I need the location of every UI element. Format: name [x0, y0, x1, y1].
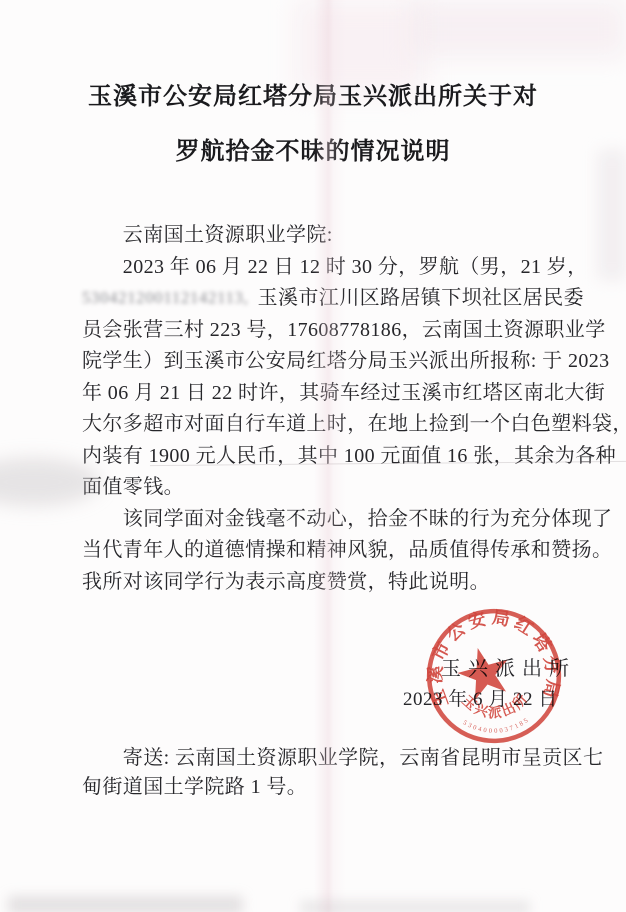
document-text-line: 云南国土资源职业学院:	[82, 220, 552, 252]
document-body: 云南国土资源职业学院: 2023 年 06 月 22 日 12 时 30 分，罗…	[82, 220, 552, 598]
document-text-line: 面值零钱。	[82, 472, 552, 504]
document-title-line2: 罗航拾金不昧的情况说明	[0, 125, 626, 180]
scan-smudge	[8, 896, 243, 912]
document-text-line: 寄送: 云南国土资源职业学院，云南省昆明市呈贡区七	[82, 744, 552, 773]
scan-smudge	[300, 901, 530, 912]
document-title: 玉溪市公安局红塔分局玉兴派出所关于对 罗航拾金不昧的情况说明	[0, 70, 626, 180]
document-text-line: 年 06 月 21 日 22 时许，其骑车经过玉溪市红塔区南北大街	[82, 378, 552, 410]
document-text-line: 该同学面对金钱毫不动心，拾金不昧的行为充分体现了	[82, 504, 552, 536]
scan-corner-tint	[411, 0, 626, 58]
body-lines-before: 云南国土资源职业学院: 2023 年 06 月 22 日 12 时 30 分，罗…	[82, 220, 552, 283]
body-lines-after: 员会张营三村 223 号，17608778186，云南国土资源职业学院学生）到玉…	[82, 315, 552, 599]
document-text-line: 院学生）到玉溪市公安局红塔分局玉兴派出所报称: 于 2023	[82, 346, 552, 378]
document-text-line: 当代青年人的道德情操和精神风貌，品质值得传承和赞扬。	[82, 535, 552, 567]
seal-serial-number: 5304000037185	[461, 716, 532, 737]
mailing-note: 寄送: 云南国土资源职业学院，云南省昆明市呈贡区七甸街道国土学院路 1 号。	[82, 744, 552, 801]
redacted-id-number: 530421200112142113,	[82, 282, 249, 314]
mailing-note-lines: 寄送: 云南国土资源职业学院，云南省昆明市呈贡区七甸街道国土学院路 1 号。	[82, 744, 552, 801]
document-text-line: 我所对该同学行为表示高度赞赏，特此说明。	[82, 567, 552, 599]
document-text-line: 2023 年 06 月 22 日 12 时 30 分，罗航（男，21 岁，	[82, 252, 552, 284]
document-title-line1: 玉溪市公安局红塔分局玉兴派出所关于对	[0, 70, 626, 125]
body-line-text: 玉溪市江川区路居镇下坝社区居民委	[258, 287, 584, 309]
document-text-line: 员会张营三村 223 号，17608778186，云南国土资源职业学	[82, 315, 552, 347]
document-text-line: 大尔多超市对面自行车道上时，在地上捡到一个白色塑料袋，	[82, 409, 552, 441]
document-text-line: 甸街道国土学院路 1 号。	[82, 773, 552, 802]
body-line-with-redaction: 530421200112142113,玉溪市江川区路居镇下坝社区居民委	[82, 283, 552, 315]
signature-date: 2023 年 6 月 22 日	[403, 684, 558, 711]
seal-serial-container: 5304000037185	[461, 716, 532, 737]
signature-office-name: 玉兴派出所	[441, 652, 576, 681]
document-text-line: 内装有 1900 元人民币，其中 100 元面值 16 张，其余为各种	[82, 441, 552, 473]
scanned-document: 玉溪市公安局红塔分局玉兴派出所关于对 罗航拾金不昧的情况说明 云南国土资源职业学…	[0, 0, 626, 912]
